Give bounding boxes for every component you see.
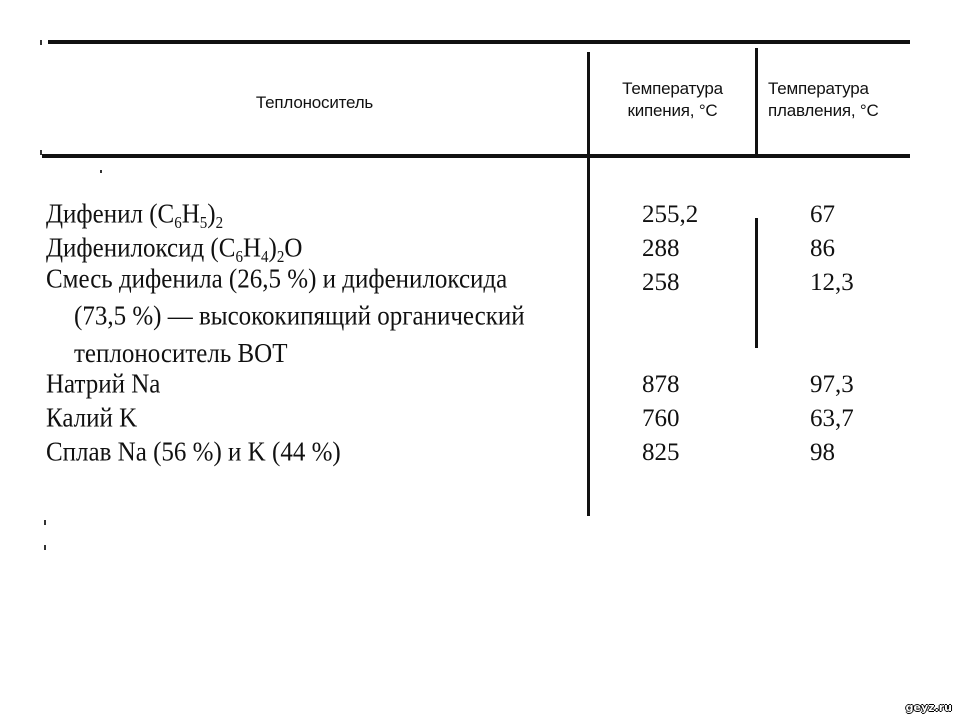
coolant-name: Смесь дифенила (26,5 %) и дифенилоксида … [46, 261, 586, 373]
coolant-name: Дифенил (C6H5)2 [46, 196, 586, 233]
coolant-name: Сплав Na (56 %) и K (44 %) [46, 434, 586, 471]
header-melting-line1: Температура [768, 78, 938, 100]
table-row: Сплав Na (56 %) и K (44 %) 825 98 [46, 436, 906, 470]
melting-value: 86 [754, 232, 835, 266]
header-melting-temp: Температура плавления, °С [758, 78, 938, 122]
heat-carrier-table: Теплоноситель Температура кипения, °С Те… [42, 38, 910, 518]
melting-value: 12,3 [754, 266, 854, 368]
table-top-rule [48, 40, 910, 44]
header-coolant: Теплоноситель [42, 92, 587, 114]
melting-value: 98 [754, 436, 835, 470]
melting-value: 63,7 [754, 402, 854, 436]
header-boiling-line2: кипения, °С [590, 100, 755, 122]
watermark: geyz.ru [906, 701, 952, 714]
boiling-value: 825 [586, 436, 754, 470]
header-boiling-line1: Температура [590, 78, 755, 100]
scan-speck [44, 545, 46, 550]
header-boiling-temp: Температура кипения, °С [590, 78, 755, 122]
boiling-value: 258 [586, 266, 754, 368]
boiling-value: 760 [586, 402, 754, 436]
scan-speck [40, 150, 42, 155]
header-bottom-rule [42, 154, 910, 158]
coolant-name-line1: Смесь дифенила (26,5 %) и дифенилоксида [46, 261, 586, 298]
coolant-name: Калий K [46, 400, 586, 437]
boiling-value: 878 [586, 368, 754, 402]
table-row: Смесь дифенила (26,5 %) и дифенилоксида … [46, 266, 906, 368]
scan-speck [40, 40, 42, 45]
scan-speck [100, 170, 102, 173]
boiling-value: 288 [586, 232, 754, 266]
header-melting-line2: плавления, °С [768, 100, 938, 122]
boiling-value: 255,2 [586, 198, 754, 232]
table-row: Калий K 760 63,7 [46, 402, 906, 436]
melting-value: 97,3 [754, 368, 854, 402]
table-body: Дифенил (C6H5)2 255,2 67 Дифенилоксид (C… [46, 198, 906, 470]
melting-value: 67 [754, 198, 835, 232]
table-row: Натрий Na 878 97,3 [46, 368, 906, 402]
coolant-name: Натрий Na [46, 366, 586, 403]
table-row: Дифенил (C6H5)2 255,2 67 [46, 198, 906, 232]
coolant-name-line2: (73,5 %) — высококипящий органический [46, 298, 586, 335]
scan-speck [44, 520, 46, 525]
